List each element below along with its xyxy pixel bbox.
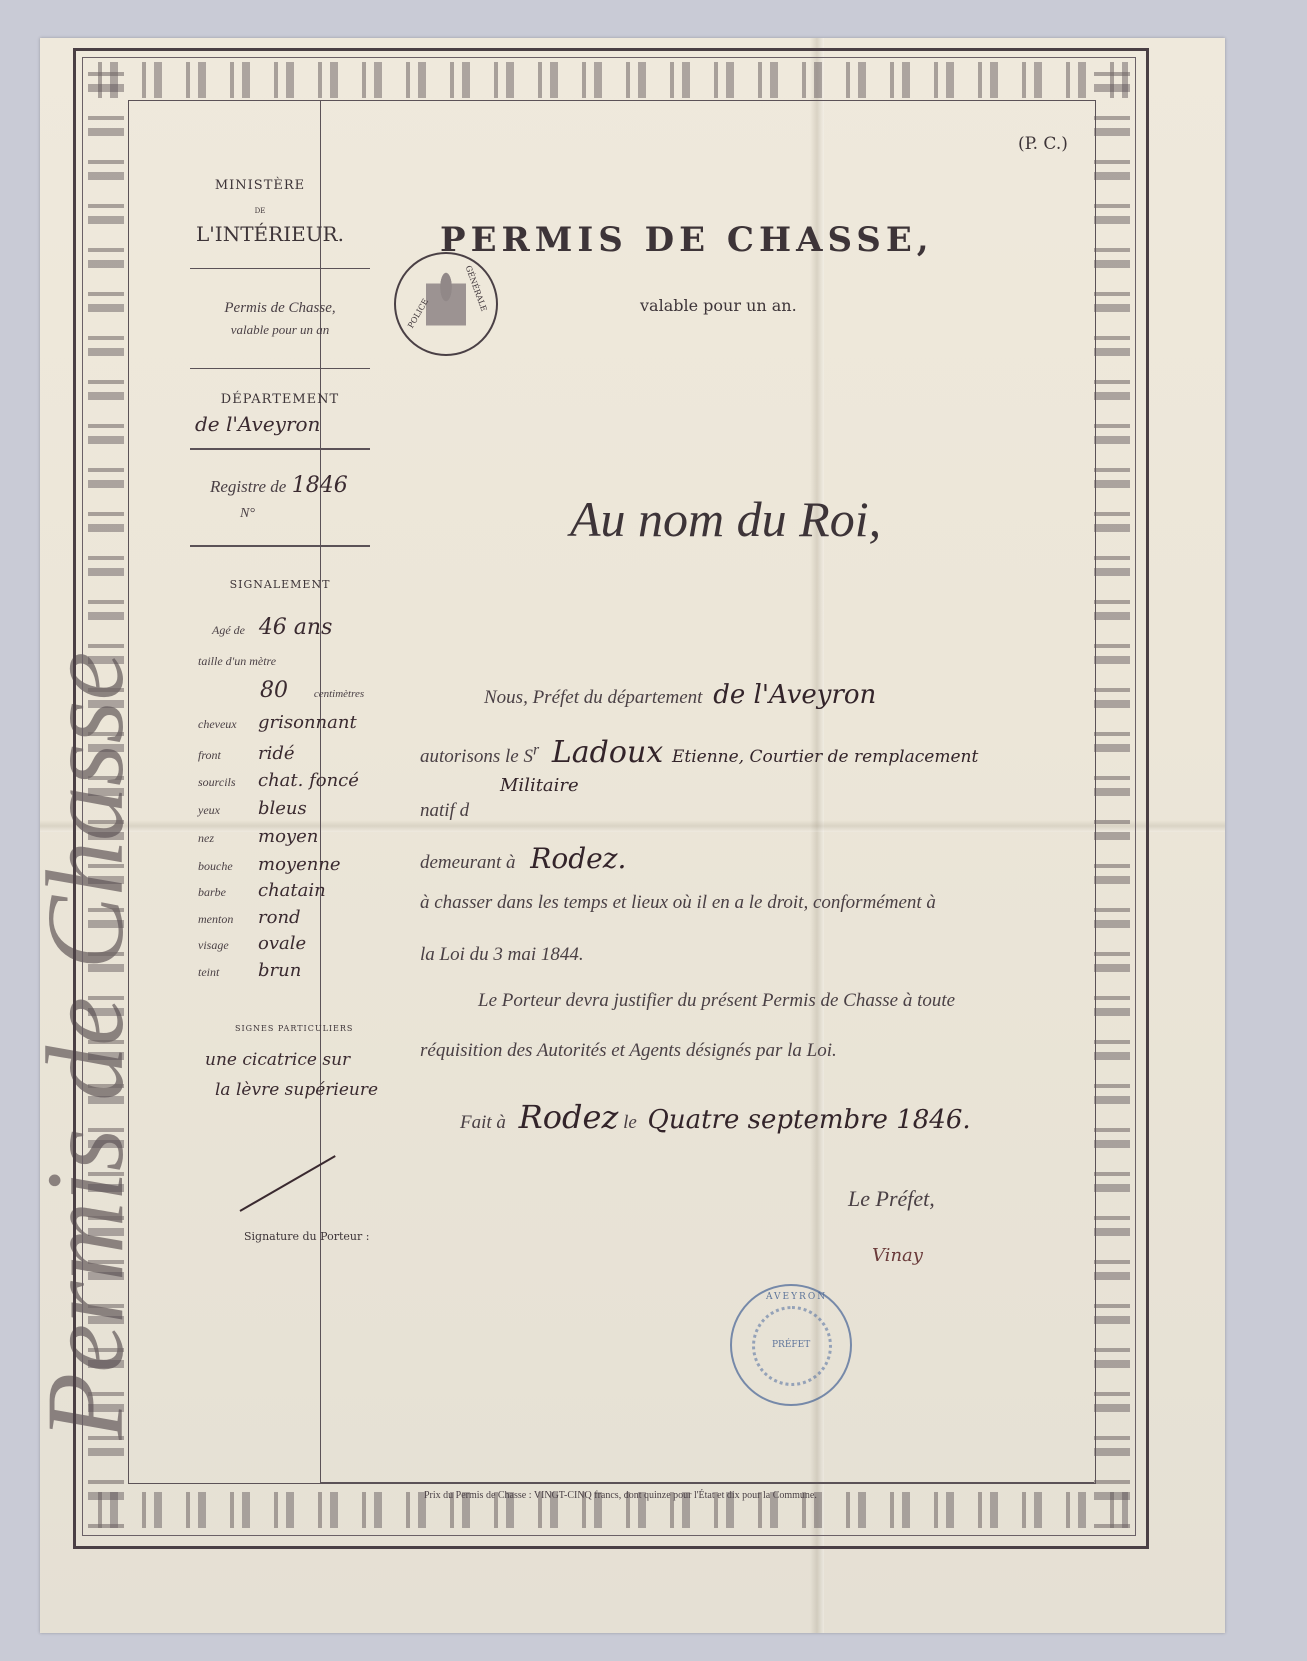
- field-visage: visageovale: [198, 933, 398, 954]
- signes-label: SIGNES PARTICULIERS: [235, 1024, 353, 1033]
- field-value: 46 ans: [259, 615, 333, 640]
- field-nez: nezmoyen: [198, 826, 398, 847]
- field-label: centimètres: [314, 688, 364, 700]
- permit-label-1: Permis de Chasse,: [190, 300, 370, 317]
- field-label: barbe: [198, 885, 258, 900]
- ministry-divider: [190, 268, 370, 269]
- body-line-3: natif d: [420, 800, 469, 822]
- field-label: teint: [198, 965, 258, 980]
- field-value: ridé: [258, 743, 295, 764]
- signature-label: Signature du Porteur :: [244, 1230, 369, 1243]
- signalement-label: SIGNALEMENT: [190, 578, 370, 591]
- document-title: PERMIS DE CHASSE,: [440, 220, 934, 260]
- prefecture-stamp: AVEYRON PRÉFET: [730, 1284, 852, 1406]
- body-line-8: réquisition des Autorités et Agents dési…: [420, 1040, 837, 1062]
- field-yeux: yeuxbleus: [198, 798, 398, 819]
- field-label: cheveux: [198, 717, 258, 732]
- department-divider: [190, 448, 370, 450]
- field-value: rond: [258, 907, 301, 928]
- justice-figure-icon: [426, 266, 466, 336]
- handwritten-name: Ladoux: [552, 735, 663, 770]
- handwritten-place: Rodez: [519, 1098, 619, 1136]
- field-barbe: barbechatain: [198, 880, 398, 901]
- field-label: Agé de: [212, 623, 245, 637]
- field-label: menton: [198, 912, 258, 927]
- police-generale-seal: POLICE GÉNÉRALE: [394, 252, 498, 356]
- handwritten-value: Etienne, Courtier de remplacement: [672, 747, 978, 767]
- field-value: moyenne: [258, 854, 341, 875]
- register-label: Registre de: [210, 477, 286, 496]
- field-cheveux: cheveuxgrisonnant: [198, 712, 398, 733]
- invocation: Au nom du Roi,: [570, 490, 881, 548]
- text: Nous, Préfet du département: [484, 687, 702, 708]
- handwritten-value: de l'Aveyron: [713, 680, 876, 710]
- signes-value-1: une cicatrice sur: [205, 1050, 350, 1070]
- field-value: chatain: [258, 880, 326, 901]
- field-label: bouche: [198, 859, 258, 874]
- field-value: brun: [258, 960, 301, 981]
- body-line-3-over: Militaire: [500, 775, 579, 796]
- ministry-line-3: L'INTÉRIEUR.: [180, 222, 360, 246]
- field-height-label: taille d'un mètre: [198, 654, 276, 669]
- field-label: nez: [198, 831, 258, 846]
- handwritten-value: Rodez.: [530, 842, 626, 875]
- text: Fait à: [460, 1112, 506, 1133]
- body-line-7: Le Porteur devra justifier du présent Pe…: [478, 990, 955, 1012]
- field-age: Agé de 46 ans: [212, 615, 332, 640]
- field-value: 80: [260, 678, 288, 703]
- type-code: (P. C.): [1018, 134, 1068, 154]
- field-sourcils: sourcilschat. foncé: [198, 770, 398, 791]
- body-line-2: autorisons le Sr Ladoux Etienne, Courtie…: [420, 735, 978, 770]
- text: le: [623, 1112, 637, 1133]
- field-value: moyen: [258, 826, 318, 847]
- prefect-signature: Vinay: [872, 1245, 923, 1266]
- footer-rule: [320, 1482, 1094, 1483]
- text: demeurant à: [420, 852, 516, 873]
- permit-divider: [190, 368, 370, 369]
- register-year: 1846: [292, 473, 348, 498]
- body-line-6: la Loi du 3 mai 1844.: [420, 944, 584, 966]
- ministry-line-1: MINISTÈRE: [200, 178, 320, 193]
- register-divider: [190, 545, 370, 547]
- field-value: ovale: [258, 933, 306, 954]
- register-row: Registre de 1846: [210, 473, 348, 498]
- field-label: sourcils: [198, 775, 258, 790]
- field-front: frontridé: [198, 743, 398, 764]
- field-value: bleus: [258, 798, 307, 819]
- stamp-center-text: PRÉFET: [772, 1340, 810, 1350]
- document-subtitle: valable pour un an.: [640, 296, 797, 315]
- body-line-4: demeurant à Rodez.: [420, 842, 626, 875]
- field-bouche: bouchemoyenne: [198, 854, 398, 875]
- seal-text-right: GÉNÉRALE: [464, 264, 489, 312]
- field-height-cm: 80 centimètres: [260, 678, 364, 703]
- signes-value-2: la lèvre supérieure: [215, 1080, 378, 1100]
- field-value: chat. foncé: [258, 770, 359, 791]
- field-label: yeux: [198, 803, 258, 818]
- done-at-line: Fait à Rodez le Quatre septembre 1846.: [460, 1098, 971, 1136]
- ornament-border-top: [88, 62, 1128, 98]
- prefect-label: Le Préfet,: [848, 1186, 935, 1212]
- field-teint: teintbrun: [198, 960, 398, 981]
- permit-label-2: valable pour un an: [190, 322, 370, 338]
- field-menton: mentonrond: [198, 907, 398, 928]
- number-label: N°: [240, 506, 255, 522]
- handwritten-date: Quatre septembre 1846.: [648, 1105, 971, 1135]
- price-note: Prix du Permis de Chasse : VINGT-CINQ fr…: [424, 1490, 817, 1501]
- field-value: grisonnant: [258, 712, 357, 733]
- body-line-1: Nous, Préfet du département de l'Aveyron: [484, 680, 876, 710]
- text: r: [533, 742, 539, 759]
- text: autorisons le S: [420, 746, 533, 767]
- ornament-border-right: [1094, 62, 1130, 1528]
- field-label: visage: [198, 938, 258, 953]
- ornament-border-left: [88, 62, 124, 1528]
- field-label: front: [198, 748, 258, 763]
- ministry-line-2: DE: [200, 207, 320, 215]
- body-line-5: à chasser dans les temps et lieux où il …: [420, 892, 936, 914]
- department-value: de l'Aveyron: [195, 412, 375, 436]
- department-label: DÉPARTEMENT: [190, 392, 370, 407]
- stamp-top-text: AVEYRON: [766, 1292, 827, 1302]
